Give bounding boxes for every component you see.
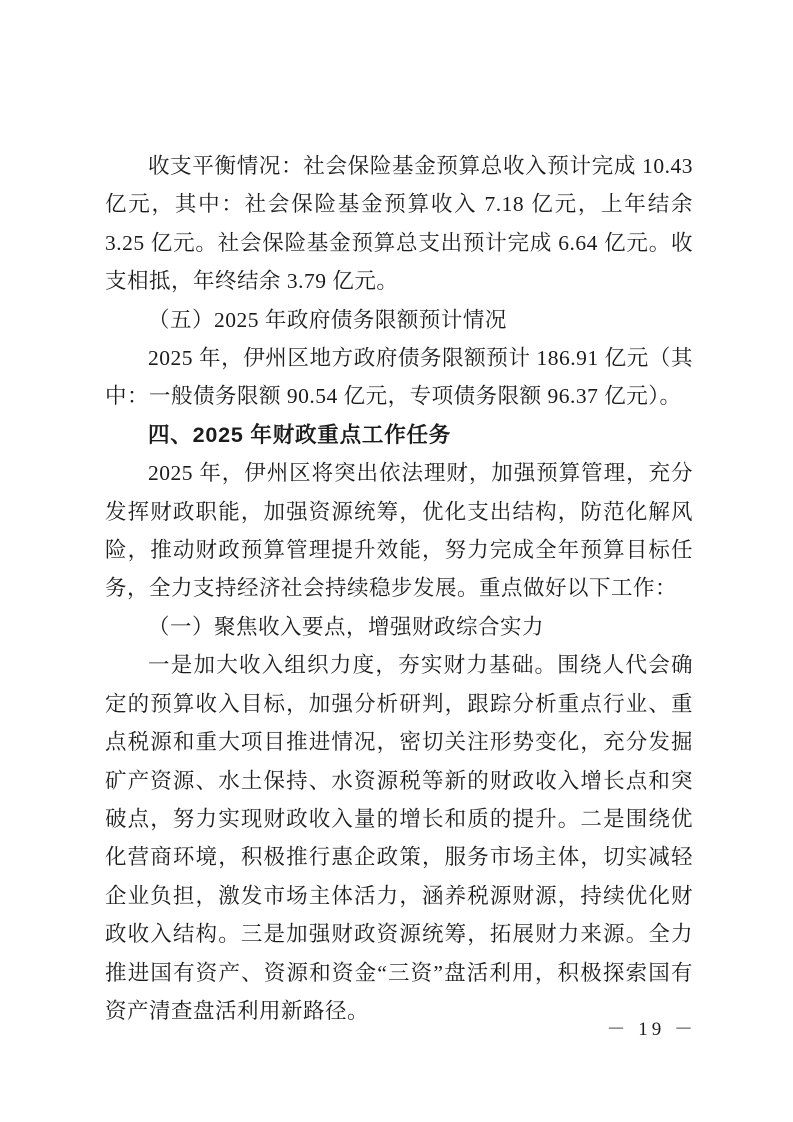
heading-item-1-revenue-focus: （一）聚焦收入要点，增强财政综合实力 <box>105 608 693 646</box>
paragraph-debt-limit: 2025 年，伊州区地方政府债务限额预计 186.91 亿元（其中：一般债务限额… <box>105 339 693 416</box>
document-page: 收支平衡情况：社会保险基金预算总收入预计完成 10.43 亿元，其中：社会保险基… <box>0 0 793 1122</box>
page-number: － 19 － <box>606 1018 697 1042</box>
document-body: 收支平衡情况：社会保险基金预算总收入预计完成 10.43 亿元，其中：社会保险基… <box>105 147 693 1030</box>
heading-part-4-key-tasks: 四、2025 年财政重点工作任务 <box>105 416 693 454</box>
heading-section-5-debt-limit: （五）2025 年政府债务限额预计情况 <box>105 301 693 339</box>
paragraph-part-4-intro: 2025 年，伊州区将突出依法理财，加强预算管理，充分发挥财政职能，加强资源统筹… <box>105 454 693 608</box>
paragraph-item-1-revenue: 一是加大收入组织力度，夯实财力基础。围绕人代会确定的预算收入目标，加强分析研判，… <box>105 646 693 1030</box>
paragraph-social-insurance-balance: 收支平衡情况：社会保险基金预算总收入预计完成 10.43 亿元，其中：社会保险基… <box>105 147 693 301</box>
